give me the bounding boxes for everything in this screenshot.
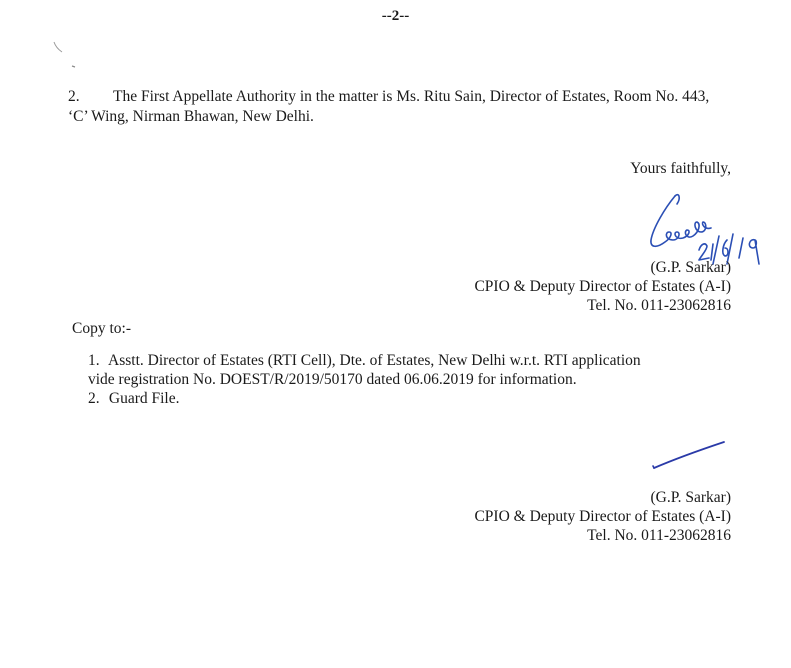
copy-item-text: Guard File. xyxy=(109,390,180,407)
signatory-designation: CPIO & Deputy Director of Estates (A-I) xyxy=(474,507,731,527)
signatory-name: (G.P. Sarkar) xyxy=(651,258,732,278)
initial-stroke-icon xyxy=(648,438,738,478)
handwritten-signature-icon xyxy=(635,188,791,268)
signatory-telephone: Tel. No. 011-23062816 xyxy=(587,296,731,316)
copy-item-text: Asstt. Director of Estates (RTI Cell), D… xyxy=(108,352,641,369)
copy-item-number: 1. xyxy=(88,351,105,370)
signatory-designation: CPIO & Deputy Director of Estates (A-I) xyxy=(474,277,731,297)
paragraph-number: 2. xyxy=(68,87,113,107)
copy-item-number: 2. xyxy=(88,389,105,408)
copy-to-heading: Copy to:- xyxy=(72,319,131,339)
copy-to-item: 1. Asstt. Director of Estates (RTI Cell)… xyxy=(88,351,641,370)
scan-artifact-mark xyxy=(48,38,88,78)
copy-to-list: 1. Asstt. Director of Estates (RTI Cell)… xyxy=(88,351,641,408)
copy-to-item: 2. Guard File. xyxy=(88,389,641,408)
paragraph-2-line-2: ‘C’ Wing, Nirman Bhawan, New Delhi. xyxy=(68,107,314,127)
paragraph-text: The First Appellate Authority in the mat… xyxy=(113,88,709,105)
paragraph-2-line-1: 2.The First Appellate Authority in the m… xyxy=(68,87,709,107)
copy-item-continuation: vide registration No. DOEST/R/2019/50170… xyxy=(88,370,641,389)
signatory-telephone: Tel. No. 011-23062816 xyxy=(587,526,731,546)
page-number: --2-- xyxy=(0,6,791,26)
closing-salutation: Yours faithfully, xyxy=(630,159,731,179)
signatory-name: (G.P. Sarkar) xyxy=(651,488,732,508)
